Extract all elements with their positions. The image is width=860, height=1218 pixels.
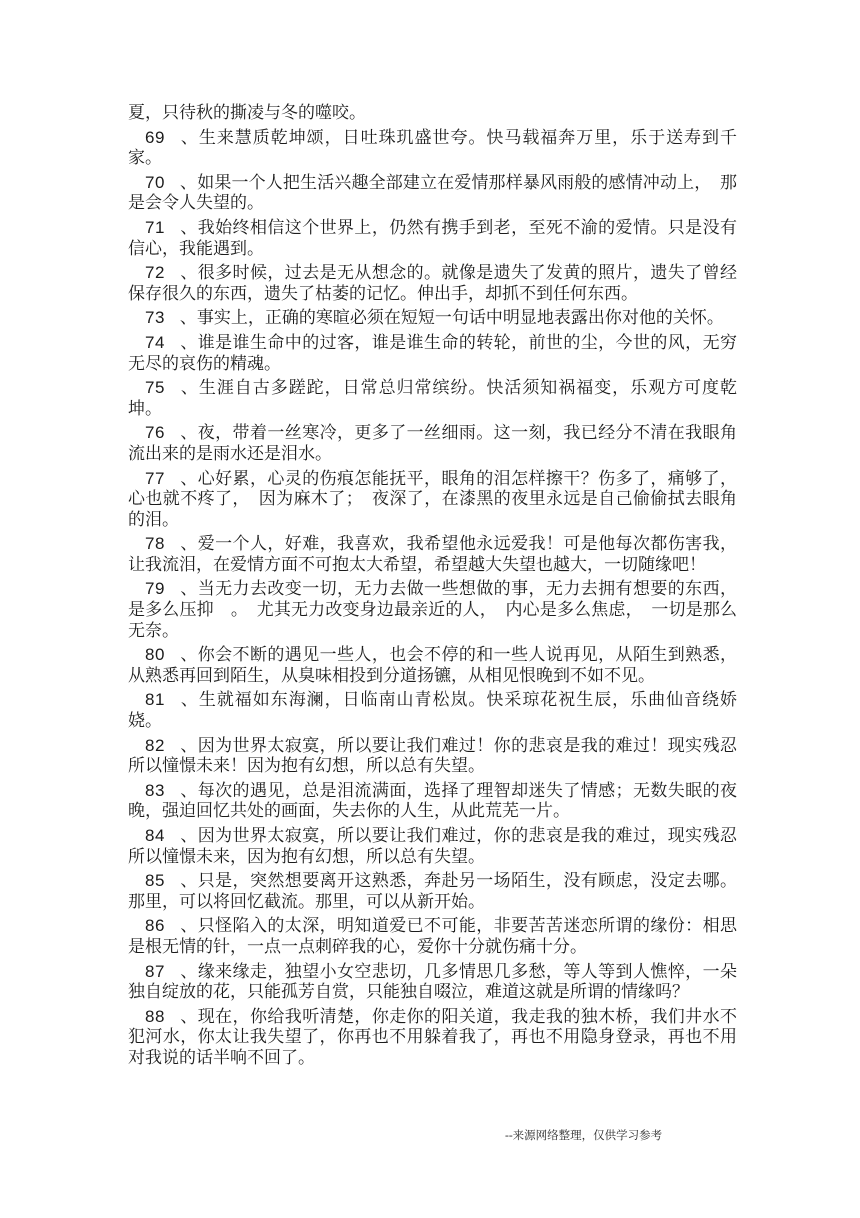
quote-text: 、每次的遇见，总是泪流满面，选择了理智却迷失了情感；无数失眠的夜晚，强迫回忆共处…	[128, 781, 737, 821]
quote-item: 76、夜，带着一丝寒冷，更多了一丝细雨。这一刻，我已经分不清在我眼角流出来的是雨…	[128, 423, 737, 464]
document-page: 夏，只待秋的撕凌与冬的噬咬。 69、生来慧质乾坤颂，日吐珠玑盛世夸。快马载福奔万…	[0, 0, 860, 1218]
quote-text: 、很多时候，过去是无从想念的。就像是遗失了发黄的照片，遗失了曾经保存很久的东西，…	[128, 263, 737, 303]
quote-text: 、事实上，正确的寒暄必须在短短一句话中明显地表露出你对他的关怀。	[180, 308, 724, 327]
quote-text: 、生就福如东海澜，日临南山青松岚。快采琼花祝生辰，乐曲仙音绕娇娆。	[128, 690, 737, 730]
quote-text: 、我始终相信这个世界上，仍然有携手到老，至死不渝的爱情。只是没有信心，我能遇到。	[128, 218, 737, 258]
quote-text: 、只是，突然想要离开这熟悉，奔赴另一场陌生，没有顾虑，没定去哪。那里，可以将回忆…	[128, 871, 737, 911]
quote-item: 70、如果一个人把生活兴趣全部建立在爱情那样暴风雨般的感情冲动上， 那是会令人失…	[128, 173, 737, 214]
quote-text: 、生来慧质乾坤颂，日吐珠玑盛世夸。快马载福奔万里，乐于送寿到千家。	[128, 128, 737, 168]
quote-number: 84	[145, 826, 165, 845]
quote-number: 85	[145, 871, 165, 890]
quote-item: 84、因为世界太寂寞，所以要让我们难过，你的悲哀是我的难过，现实残忍所以憧憬未来…	[128, 826, 737, 867]
quote-text: 、现在，你给我听清楚，你走你的阳关道，我走我的独木桥，我们井水不犯河水，你太让我…	[128, 1007, 737, 1067]
quote-item: 81、生就福如东海澜，日临南山青松岚。快采琼花祝生辰，乐曲仙音绕娇娆。	[128, 690, 737, 731]
quote-number: 74	[145, 333, 165, 352]
quote-number: 72	[145, 263, 165, 282]
quote-number: 71	[145, 218, 165, 237]
intro-text: 夏，只待秋的撕凌与冬的噬咬。	[128, 103, 366, 122]
quote-item: 71、我始终相信这个世界上，仍然有携手到老，至死不渝的爱情。只是没有信心，我能遇…	[128, 218, 737, 259]
quote-item: 74、谁是谁生命中的过客，谁是谁生命的转轮，前世的尘，今世的风，无穷无尽的哀伤的…	[128, 333, 737, 374]
quote-text: 、你会不断的遇见一些人，也会不停的和一些人说再见，从陌生到熟悉，从熟悉再回到陌生…	[128, 645, 737, 685]
quote-item: 86、只怪陷入的太深，明知道爱已不可能，非要苦苦迷恋所谓的缘份：相思是根无情的针…	[128, 916, 737, 957]
quote-text: 、谁是谁生命中的过客，谁是谁生命的转轮，前世的尘，今世的风，无穷无尽的哀伤的精魂…	[128, 333, 737, 373]
quote-number: 82	[145, 736, 165, 755]
quote-number: 86	[145, 916, 165, 935]
quote-number: 88	[145, 1007, 165, 1026]
quote-number: 79	[145, 579, 165, 598]
quote-item: 77、心好累，心灵的伤痕怎能抚平，眼角的泪怎样擦干？伤多了，痛够了，心也就不疼了…	[128, 469, 737, 531]
quote-text: 、生涯自古多蹉跎，日常总归常缤纷。快活须知祸福变，乐观方可度乾坤。	[128, 378, 737, 418]
quote-text: 、当无力去改变一切，无力去做一些想做的事，无力去拥有想要的东西，是多么压抑 。 …	[128, 579, 737, 639]
quote-number: 76	[145, 423, 165, 442]
quote-text: 、因为世界太寂寞，所以要让我们难过，你的悲哀是我的难过，现实残忍所以憧憬未来，因…	[128, 826, 737, 866]
quote-number: 81	[145, 690, 165, 709]
quote-number: 70	[145, 173, 165, 192]
quote-number: 83	[145, 781, 165, 800]
quote-number: 75	[145, 378, 165, 397]
quote-item: 69、生来慧质乾坤颂，日吐珠玑盛世夸。快马载福奔万里，乐于送寿到千家。	[128, 128, 737, 169]
quote-text: 、夜，带着一丝寒冷，更多了一丝细雨。这一刻，我已经分不清在我眼角流出来的是雨水还…	[128, 423, 737, 463]
quote-item: 82、因为世界太寂寞，所以要让我们难过！你的悲哀是我的难过！现实残忍所以憧憬未来…	[128, 736, 737, 777]
quote-text: 、只怪陷入的太深，明知道爱已不可能，非要苦苦迷恋所谓的缘份：相思是根无情的针，一…	[128, 916, 737, 956]
quote-text: 、如果一个人把生活兴趣全部建立在爱情那样暴风雨般的感情冲动上， 那是会令人失望的…	[128, 173, 737, 213]
quote-text: 、因为世界太寂寞，所以要让我们难过！你的悲哀是我的难过！现实残忍所以憧憬未来！因…	[128, 736, 737, 776]
quote-number: 77	[145, 469, 165, 488]
quote-item: 75、生涯自古多蹉跎，日常总归常缤纷。快活须知祸福变，乐观方可度乾坤。	[128, 378, 737, 419]
quote-text: 、爱一个人，好难，我喜欢，我希望他永远爱我！可是他每次都伤害我，让我流泪，在爱情…	[128, 534, 737, 574]
quote-number: 87	[145, 962, 165, 981]
quote-item: 78、爱一个人，好难，我喜欢，我希望他永远爱我！可是他每次都伤害我，让我流泪，在…	[128, 534, 737, 575]
quote-text: 、心好累，心灵的伤痕怎能抚平，眼角的泪怎样擦干？伤多了，痛够了，心也就不疼了， …	[128, 469, 737, 529]
quote-item: 83、每次的遇见，总是泪流满面，选择了理智却迷失了情感；无数失眠的夜晚，强迫回忆…	[128, 781, 737, 822]
quote-item: 73、事实上，正确的寒暄必须在短短一句话中明显地表露出你对他的关怀。	[128, 308, 737, 329]
quote-item: 79、当无力去改变一切，无力去做一些想做的事，无力去拥有想要的东西，是多么压抑 …	[128, 579, 737, 641]
quote-item: 88、现在，你给我听清楚，你走你的阳关道，我走我的独木桥，我们井水不犯河水，你太…	[128, 1007, 737, 1069]
quote-text: 、缘来缘走，独望小女空悲切，几多情思几多愁，等人等到人憔悴，一朵独自绽放的花，只…	[128, 962, 737, 1002]
quote-item: 80、你会不断的遇见一些人，也会不停的和一些人说再见，从陌生到熟悉，从熟悉再回到…	[128, 645, 737, 686]
quotes-list: 夏，只待秋的撕凌与冬的噬咬。 69、生来慧质乾坤颂，日吐珠玑盛世夸。快马载福奔万…	[128, 103, 737, 1073]
quote-item: 87、缘来缘走，独望小女空悲切，几多情思几多愁，等人等到人憔悴，一朵独自绽放的花…	[128, 962, 737, 1003]
quote-item: 85、只是，突然想要离开这熟悉，奔赴另一场陌生，没有顾虑，没定去哪。那里，可以将…	[128, 871, 737, 912]
quote-item: 72、很多时候，过去是无从想念的。就像是遗失了发黄的照片，遗失了曾经保存很久的东…	[128, 263, 737, 304]
quote-number: 78	[145, 534, 165, 553]
quote-number: 80	[145, 645, 165, 664]
quote-number: 73	[145, 308, 165, 327]
intro-continuation-line: 夏，只待秋的撕凌与冬的噬咬。	[128, 103, 737, 124]
source-credit-footer: --来源网络整理，仅供学习参考	[505, 1129, 662, 1144]
quote-number: 69	[145, 128, 165, 147]
